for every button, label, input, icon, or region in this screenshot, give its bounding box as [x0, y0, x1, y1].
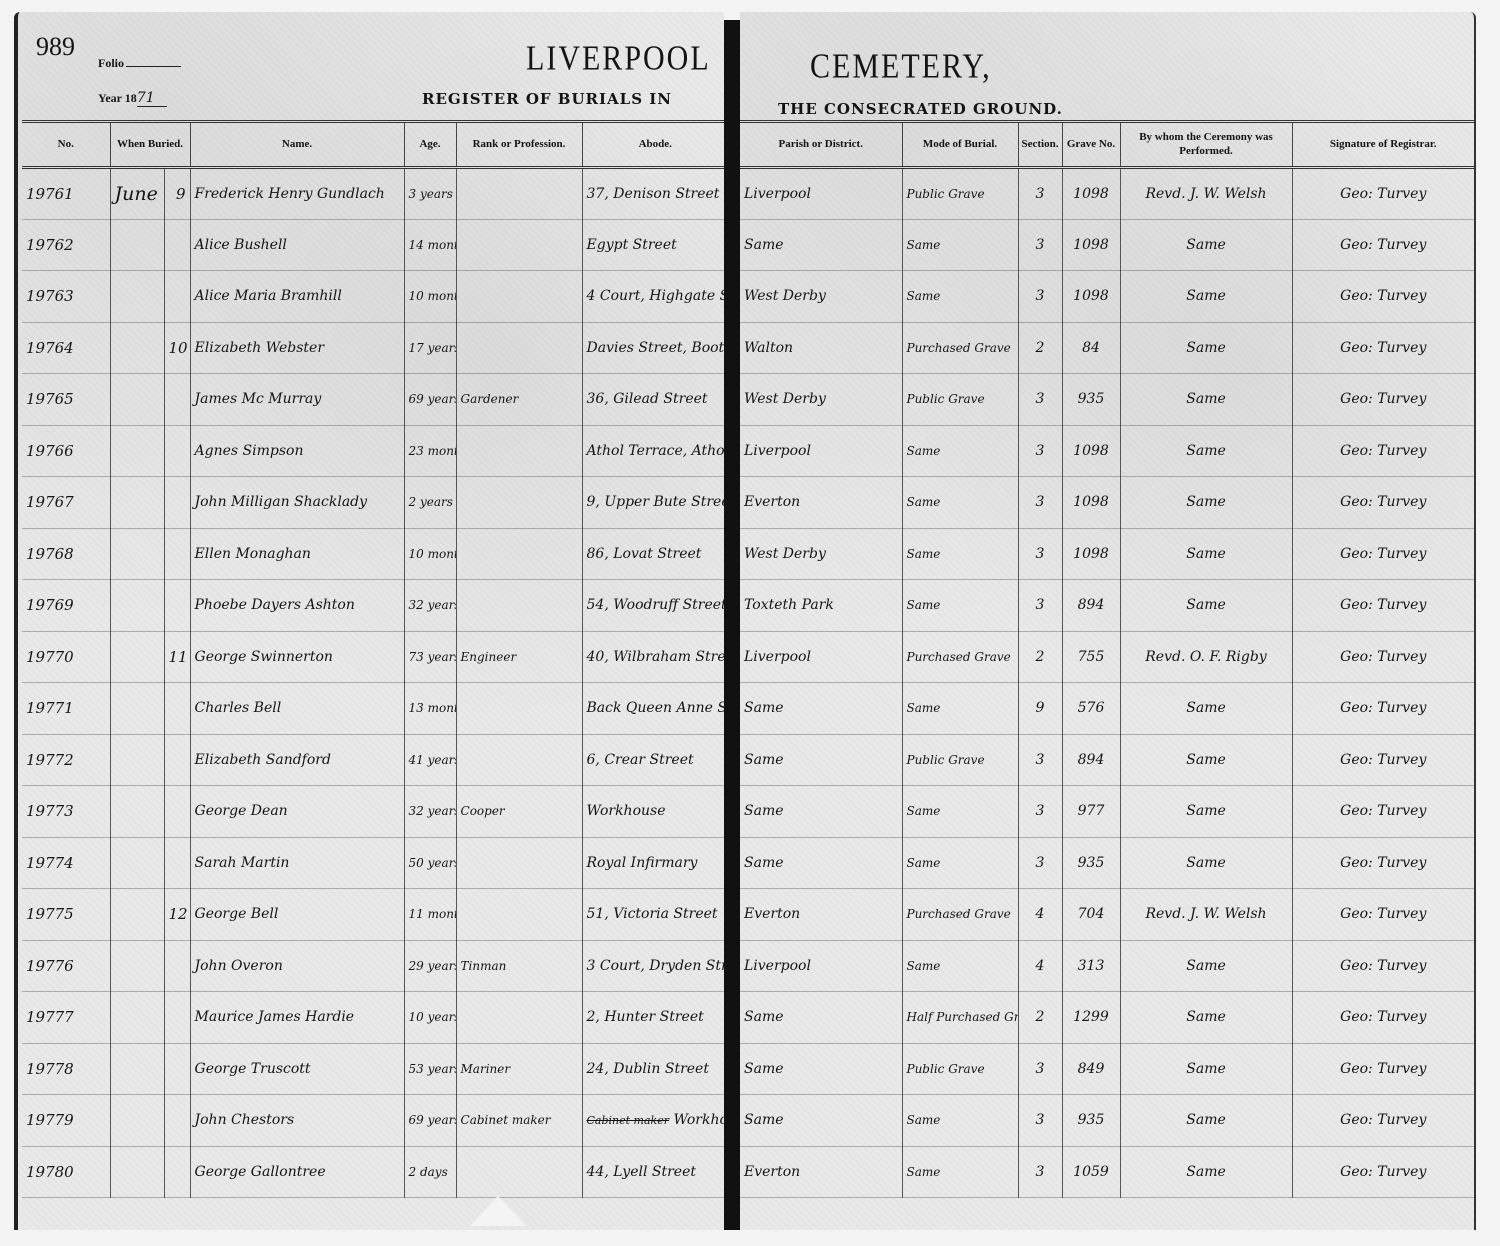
parish-cell: Same — [740, 1043, 902, 1095]
section-cell: 3 — [1018, 1146, 1062, 1198]
profession-cell — [456, 837, 582, 889]
entry-number: 19778 — [22, 1043, 110, 1095]
parish-cell: Liverpool — [740, 425, 902, 477]
name-cell: John Overon — [190, 940, 404, 992]
page-title-left: LIVERPOOL — [526, 39, 711, 78]
mode-cell: Same — [902, 837, 1018, 889]
officiant-cell: Same — [1120, 1095, 1292, 1147]
officiant-cell: Same — [1120, 683, 1292, 735]
officiant-cell: Same — [1120, 528, 1292, 580]
burial-month — [110, 271, 164, 323]
burial-day — [164, 219, 190, 271]
grave-no-cell: 849 — [1062, 1043, 1120, 1095]
profession-cell — [456, 683, 582, 735]
entry-number: 19765 — [22, 374, 110, 426]
grave-no-cell: 1098 — [1062, 219, 1120, 271]
age-cell: 2 days — [404, 1146, 456, 1198]
mode-cell: Same — [902, 477, 1018, 529]
section-cell: 2 — [1018, 322, 1062, 374]
section-cell: 2 — [1018, 992, 1062, 1044]
mode-cell: Public Grave — [902, 374, 1018, 426]
burials-table-left: No. When Buried. Name. Age. Rank or Prof… — [22, 120, 728, 1198]
age-cell: 11 months — [404, 889, 456, 941]
col-header-grave-no: Grave No. — [1062, 122, 1120, 168]
profession-cell — [456, 992, 582, 1044]
section-cell: 3 — [1018, 1095, 1062, 1147]
table-row: 19762Alice Bushell14 monthsEgypt Street — [22, 219, 728, 271]
entry-number: 19763 — [22, 271, 110, 323]
col-header-mode: Mode of Burial. — [902, 122, 1018, 168]
abode-cell: 36, Gilead Street — [582, 374, 728, 426]
officiant-cell: Same — [1120, 477, 1292, 529]
section-cell: 3 — [1018, 786, 1062, 838]
table-row: West DerbyPublic Grave3935SameGeo: Turve… — [740, 374, 1474, 426]
table-row: 19763Alice Maria Bramhill10 months4 Cour… — [22, 271, 728, 323]
entry-number: 19780 — [22, 1146, 110, 1198]
section-cell: 3 — [1018, 580, 1062, 632]
burial-day — [164, 425, 190, 477]
name-cell: Frederick Henry Gundlach — [190, 168, 404, 220]
burial-month — [110, 322, 164, 374]
table-row: 19765James Mc Murray69 yearsGardener36, … — [22, 374, 728, 426]
table-row: 19780George Gallontree2 days44, Lyell St… — [22, 1146, 728, 1198]
section-cell: 3 — [1018, 1043, 1062, 1095]
page-title-right: CEMETERY, — [810, 47, 992, 86]
age-cell: 53 years — [404, 1043, 456, 1095]
section-cell: 3 — [1018, 219, 1062, 271]
profession-cell — [456, 580, 582, 632]
burial-month — [110, 889, 164, 941]
burial-day — [164, 786, 190, 838]
mode-cell: Same — [902, 786, 1018, 838]
profession-cell: Engineer — [456, 631, 582, 683]
grave-no-cell: 1098 — [1062, 271, 1120, 323]
parish-cell: West Derby — [740, 271, 902, 323]
table-row: SameSame31098SameGeo: Turvey — [740, 219, 1474, 271]
officiant-cell: Revd. J. W. Welsh — [1120, 889, 1292, 941]
name-cell: Elizabeth Sandford — [190, 734, 404, 786]
table-row: SameSame3935SameGeo: Turvey — [740, 837, 1474, 889]
grave-no-cell: 1299 — [1062, 992, 1120, 1044]
table-row: 19772Elizabeth Sandford41 years6, Crear … — [22, 734, 728, 786]
age-cell: 10 months — [404, 271, 456, 323]
burial-day — [164, 374, 190, 426]
section-cell: 3 — [1018, 271, 1062, 323]
col-header-age: Age. — [404, 122, 456, 168]
table-row: SameSame3935SameGeo: Turvey — [740, 1095, 1474, 1147]
mode-cell: Same — [902, 1146, 1018, 1198]
entry-number: 19761 — [22, 168, 110, 220]
officiant-cell: Same — [1120, 940, 1292, 992]
table-row: 19761June9Frederick Henry Gundlach3 year… — [22, 168, 728, 220]
book-binding — [724, 20, 740, 1230]
burial-day — [164, 940, 190, 992]
name-cell: Sarah Martin — [190, 837, 404, 889]
burial-month — [110, 477, 164, 529]
officiant-cell: Same — [1120, 1146, 1292, 1198]
entry-number: 19764 — [22, 322, 110, 374]
grave-no-cell: 704 — [1062, 889, 1120, 941]
col-header-when-buried: When Buried. — [110, 122, 190, 168]
section-cell: 3 — [1018, 425, 1062, 477]
table-row: 19767John Milligan Shacklady2 years9, Up… — [22, 477, 728, 529]
registrar-signature: Geo: Turvey — [1292, 271, 1474, 323]
burial-month — [110, 683, 164, 735]
entry-number: 19777 — [22, 992, 110, 1044]
table-row: West DerbySame31098SameGeo: Turvey — [740, 528, 1474, 580]
profession-cell: Tinman — [456, 940, 582, 992]
abode-cell: 37, Denison Street — [582, 168, 728, 220]
section-cell: 4 — [1018, 889, 1062, 941]
burial-month — [110, 1095, 164, 1147]
table-row: 19779John Chestors69 yearsCabinet makerC… — [22, 1095, 728, 1147]
grave-no-cell: 894 — [1062, 580, 1120, 632]
parish-cell: Everton — [740, 889, 902, 941]
col-header-section: Section. — [1018, 122, 1062, 168]
age-cell: 32 years — [404, 786, 456, 838]
grave-no-cell: 1059 — [1062, 1146, 1120, 1198]
mode-cell: Same — [902, 528, 1018, 580]
year-label: Year 1871 — [98, 90, 167, 106]
table-row: WaltonPurchased Grave284SameGeo: Turvey — [740, 322, 1474, 374]
abode-cell: Cabinet maker Workhouse — [582, 1095, 728, 1147]
grave-no-cell: 84 — [1062, 322, 1120, 374]
mode-cell: Same — [902, 683, 1018, 735]
burial-day — [164, 477, 190, 529]
table-row: 19773George Dean32 yearsCooperWorkhouse — [22, 786, 728, 838]
section-cell: 3 — [1018, 168, 1062, 220]
parish-cell: Same — [740, 734, 902, 786]
parish-cell: West Derby — [740, 374, 902, 426]
abode-cell: 2, Hunter Street — [582, 992, 728, 1044]
name-cell: George Gallontree — [190, 1146, 404, 1198]
officiant-cell: Same — [1120, 322, 1292, 374]
grave-no-cell: 977 — [1062, 786, 1120, 838]
name-cell: George Bell — [190, 889, 404, 941]
burial-day — [164, 1095, 190, 1147]
mode-cell: Same — [902, 271, 1018, 323]
section-cell: 3 — [1018, 477, 1062, 529]
mode-cell: Purchased Grave — [902, 889, 1018, 941]
burial-day — [164, 734, 190, 786]
mode-cell: Purchased Grave — [902, 322, 1018, 374]
mode-cell: Public Grave — [902, 168, 1018, 220]
parish-cell: Everton — [740, 477, 902, 529]
burial-month — [110, 837, 164, 889]
abode-cell: 4 Court, Highgate Street — [582, 271, 728, 323]
abode-cell: 9, Upper Bute Street — [582, 477, 728, 529]
registrar-signature: Geo: Turvey — [1292, 219, 1474, 271]
entry-number: 19772 — [22, 734, 110, 786]
abode-cell: Athol Terrace, Athol Street — [582, 425, 728, 477]
page-subtitle-right: THE CONSECRATED GROUND. — [778, 100, 1063, 118]
mode-cell: Same — [902, 425, 1018, 477]
section-cell: 3 — [1018, 734, 1062, 786]
registrar-signature: Geo: Turvey — [1292, 425, 1474, 477]
registrar-signature: Geo: Turvey — [1292, 322, 1474, 374]
officiant-cell: Same — [1120, 992, 1292, 1044]
burial-month — [110, 992, 164, 1044]
table-row: 19778George Truscott53 yearsMariner24, D… — [22, 1043, 728, 1095]
table-row: 19769Phoebe Dayers Ashton32 years54, Woo… — [22, 580, 728, 632]
age-cell: 73 years — [404, 631, 456, 683]
folio-label: Folio — [98, 56, 181, 71]
mode-cell: Same — [902, 580, 1018, 632]
registrar-signature: Geo: Turvey — [1292, 889, 1474, 941]
col-header-profession: Rank or Profession. — [456, 122, 582, 168]
entry-number: 19769 — [22, 580, 110, 632]
registrar-signature: Geo: Turvey — [1292, 168, 1474, 220]
right-register-page: CEMETERY, THE CONSECRATED GROUND. Parish… — [740, 12, 1476, 1230]
registrar-signature: Geo: Turvey — [1292, 992, 1474, 1044]
officiant-cell: Same — [1120, 271, 1292, 323]
officiant-cell: Same — [1120, 219, 1292, 271]
table-row: LiverpoolSame31098SameGeo: Turvey — [740, 425, 1474, 477]
col-header-abode: Abode. — [582, 122, 728, 168]
profession-cell — [456, 425, 582, 477]
burial-day — [164, 992, 190, 1044]
name-cell: George Swinnerton — [190, 631, 404, 683]
profession-cell: Mariner — [456, 1043, 582, 1095]
table-row: SameHalf Purchased Grave21299SameGeo: Tu… — [740, 992, 1474, 1044]
parish-cell: Walton — [740, 322, 902, 374]
burial-month — [110, 425, 164, 477]
parish-cell: Same — [740, 1095, 902, 1147]
age-cell: 41 years — [404, 734, 456, 786]
officiant-cell: Revd. O. F. Rigby — [1120, 631, 1292, 683]
age-cell: 14 months — [404, 219, 456, 271]
officiant-cell: Same — [1120, 425, 1292, 477]
col-header-registrar: Signature of Registrar. — [1292, 122, 1474, 168]
burial-day — [164, 271, 190, 323]
burial-day: 10 — [164, 322, 190, 374]
profession-cell — [456, 734, 582, 786]
officiant-cell: Same — [1120, 580, 1292, 632]
profession-cell: Cabinet maker — [456, 1095, 582, 1147]
table-row: SamePublic Grave3894SameGeo: Turvey — [740, 734, 1474, 786]
burial-day — [164, 528, 190, 580]
age-cell: 2 years — [404, 477, 456, 529]
mode-cell: Half Purchased Grave — [902, 992, 1018, 1044]
grave-no-cell: 935 — [1062, 837, 1120, 889]
age-cell: 69 years — [404, 374, 456, 426]
profession-cell — [456, 528, 582, 580]
abode-cell: 51, Victoria Street — [582, 889, 728, 941]
name-cell: John Chestors — [190, 1095, 404, 1147]
name-cell: Maurice James Hardie — [190, 992, 404, 1044]
profession-cell — [456, 168, 582, 220]
profession-cell — [456, 889, 582, 941]
grave-no-cell: 935 — [1062, 374, 1120, 426]
age-cell: 10 months — [404, 528, 456, 580]
mode-cell: Purchased Grave — [902, 631, 1018, 683]
age-cell: 29 years — [404, 940, 456, 992]
parish-cell: Liverpool — [740, 940, 902, 992]
burial-day — [164, 1146, 190, 1198]
col-header-name: Name. — [190, 122, 404, 168]
col-header-officiant: By whom the Ceremony was Performed. — [1120, 122, 1292, 168]
registrar-signature: Geo: Turvey — [1292, 683, 1474, 735]
abode-cell: Royal Infirmary — [582, 837, 728, 889]
burials-table-right: Parish or District. Mode of Burial. Sect… — [740, 120, 1474, 1198]
table-row: 19777Maurice James Hardie10 years2, Hunt… — [22, 992, 728, 1044]
table-row: 1977512George Bell11 months51, Victoria … — [22, 889, 728, 941]
registrar-signature: Geo: Turvey — [1292, 580, 1474, 632]
parish-cell: West Derby — [740, 528, 902, 580]
table-row: EvertonPurchased Grave4704Revd. J. W. We… — [740, 889, 1474, 941]
name-cell: Charles Bell — [190, 683, 404, 735]
abode-cell: Workhouse — [582, 786, 728, 838]
name-cell: Ellen Monaghan — [190, 528, 404, 580]
abode-cell: Back Queen Anne Street — [582, 683, 728, 735]
table-row: EvertonSame31098SameGeo: Turvey — [740, 477, 1474, 529]
registrar-signature: Geo: Turvey — [1292, 631, 1474, 683]
table-row: LiverpoolPublic Grave31098Revd. J. W. We… — [740, 168, 1474, 220]
table-row: 1977011George Swinnerton73 yearsEngineer… — [22, 631, 728, 683]
burial-month — [110, 734, 164, 786]
mode-cell: Public Grave — [902, 734, 1018, 786]
table-row: 1976410Elizabeth Webster17 yearsDavies S… — [22, 322, 728, 374]
abode-cell: 44, Lyell Street — [582, 1146, 728, 1198]
abode-cell: 24, Dublin Street — [582, 1043, 728, 1095]
entry-number: 19773 — [22, 786, 110, 838]
section-cell: 2 — [1018, 631, 1062, 683]
age-cell: 10 years — [404, 992, 456, 1044]
burial-day: 12 — [164, 889, 190, 941]
entry-number: 19768 — [22, 528, 110, 580]
name-cell: Agnes Simpson — [190, 425, 404, 477]
profession-cell — [456, 477, 582, 529]
struck-text: Cabinet maker — [587, 1114, 669, 1127]
entry-number: 19762 — [22, 219, 110, 271]
officiant-cell: Same — [1120, 734, 1292, 786]
age-cell: 69 years — [404, 1095, 456, 1147]
col-header-parish: Parish or District. — [740, 122, 902, 168]
burial-month — [110, 786, 164, 838]
registrar-signature: Geo: Turvey — [1292, 528, 1474, 580]
entry-number: 19779 — [22, 1095, 110, 1147]
abode-cell: Egypt Street — [582, 219, 728, 271]
grave-no-cell: 313 — [1062, 940, 1120, 992]
entry-number: 19774 — [22, 837, 110, 889]
burial-month — [110, 528, 164, 580]
entry-number: 19776 — [22, 940, 110, 992]
grave-no-cell: 1098 — [1062, 528, 1120, 580]
officiant-cell: Same — [1120, 786, 1292, 838]
page-subtitle-left: REGISTER OF BURIALS IN — [422, 90, 672, 108]
table-row: West DerbySame31098SameGeo: Turvey — [740, 271, 1474, 323]
registrar-signature: Geo: Turvey — [1292, 837, 1474, 889]
registrar-signature: Geo: Turvey — [1292, 1095, 1474, 1147]
table-row: LiverpoolSame4313SameGeo: Turvey — [740, 940, 1474, 992]
parish-cell: Liverpool — [740, 168, 902, 220]
registrar-signature: Geo: Turvey — [1292, 1146, 1474, 1198]
profession-cell — [456, 219, 582, 271]
parish-cell: Everton — [740, 1146, 902, 1198]
burial-day — [164, 683, 190, 735]
entry-number: 19771 — [22, 683, 110, 735]
abode-cell: 86, Lovat Street — [582, 528, 728, 580]
name-cell: George Truscott — [190, 1043, 404, 1095]
parish-cell: Same — [740, 786, 902, 838]
mode-cell: Same — [902, 1095, 1018, 1147]
officiant-cell: Revd. J. W. Welsh — [1120, 168, 1292, 220]
mode-cell: Public Grave — [902, 1043, 1018, 1095]
burial-month — [110, 219, 164, 271]
table-row: 19776John Overon29 yearsTinman3 Court, D… — [22, 940, 728, 992]
grave-no-cell: 576 — [1062, 683, 1120, 735]
parish-cell: Liverpool — [740, 631, 902, 683]
mode-cell: Same — [902, 940, 1018, 992]
page-number: 989 — [36, 32, 75, 62]
name-cell: Phoebe Dayers Ashton — [190, 580, 404, 632]
table-row: SamePublic Grave3849SameGeo: Turvey — [740, 1043, 1474, 1095]
grave-no-cell: 1098 — [1062, 168, 1120, 220]
burial-day — [164, 837, 190, 889]
table-row: EvertonSame31059SameGeo: Turvey — [740, 1146, 1474, 1198]
burial-month: June — [110, 168, 164, 220]
burial-day — [164, 580, 190, 632]
parish-cell: Same — [740, 992, 902, 1044]
table-row: LiverpoolPurchased Grave2755Revd. O. F. … — [740, 631, 1474, 683]
registrar-signature: Geo: Turvey — [1292, 374, 1474, 426]
abode-cell: 54, Woodruff Street — [582, 580, 728, 632]
section-cell: 3 — [1018, 837, 1062, 889]
section-cell: 3 — [1018, 528, 1062, 580]
registrar-signature: Geo: Turvey — [1292, 940, 1474, 992]
grave-no-cell: 1098 — [1062, 425, 1120, 477]
grave-no-cell: 894 — [1062, 734, 1120, 786]
age-cell: 50 years — [404, 837, 456, 889]
profession-cell: Gardener — [456, 374, 582, 426]
section-cell: 3 — [1018, 374, 1062, 426]
table-row: 19766Agnes Simpson23 monthsAthol Terrace… — [22, 425, 728, 477]
name-cell: George Dean — [190, 786, 404, 838]
officiant-cell: Same — [1120, 1043, 1292, 1095]
name-cell: Alice Bushell — [190, 219, 404, 271]
table-row: Toxteth ParkSame3894SameGeo: Turvey — [740, 580, 1474, 632]
officiant-cell: Same — [1120, 837, 1292, 889]
burial-day: 9 — [164, 168, 190, 220]
registrar-signature: Geo: Turvey — [1292, 734, 1474, 786]
officiant-cell: Same — [1120, 374, 1292, 426]
section-cell: 9 — [1018, 683, 1062, 735]
parish-cell: Same — [740, 683, 902, 735]
registrar-signature: Geo: Turvey — [1292, 786, 1474, 838]
age-cell: 17 years — [404, 322, 456, 374]
age-cell: 13 months — [404, 683, 456, 735]
entry-number: 19767 — [22, 477, 110, 529]
parish-cell: Toxteth Park — [740, 580, 902, 632]
section-cell: 4 — [1018, 940, 1062, 992]
burial-day — [164, 1043, 190, 1095]
abode-cell: 6, Crear Street — [582, 734, 728, 786]
table-row: SameSame9576SameGeo: Turvey — [740, 683, 1474, 735]
burial-month — [110, 940, 164, 992]
burial-month — [110, 631, 164, 683]
entry-number: 19766 — [22, 425, 110, 477]
burial-month — [110, 580, 164, 632]
table-row: SameSame3977SameGeo: Turvey — [740, 786, 1474, 838]
table-row: 19768Ellen Monaghan10 months86, Lovat St… — [22, 528, 728, 580]
left-register-page: 989 Folio Year 1871 LIVERPOOL REGISTER O… — [14, 12, 724, 1230]
entry-number: 19770 — [22, 631, 110, 683]
table-row: 19774Sarah Martin50 yearsRoyal Infirmary — [22, 837, 728, 889]
age-cell: 32 years — [404, 580, 456, 632]
abode-cell: 3 Court, Dryden Street — [582, 940, 728, 992]
burial-month — [110, 1146, 164, 1198]
age-cell: 3 years — [404, 168, 456, 220]
